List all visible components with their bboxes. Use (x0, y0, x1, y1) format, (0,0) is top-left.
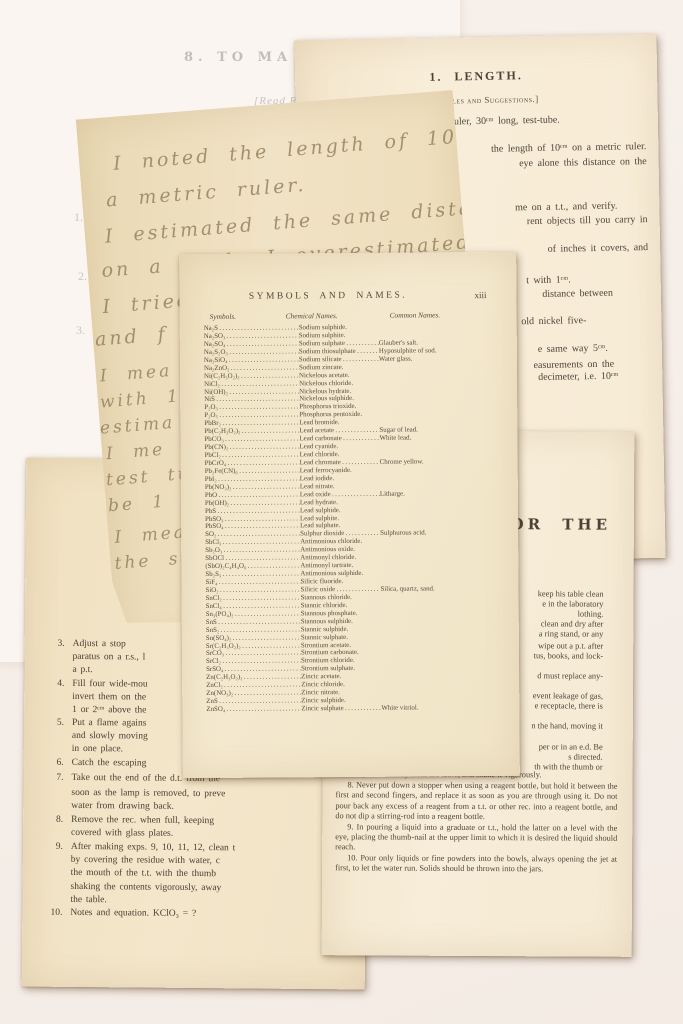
cell-common-name: White vitriol. (381, 704, 496, 713)
length-page-text-line: me on a t.t., and verify. (515, 201, 618, 214)
rules-page-text-line: wipe out a p.t. after (538, 641, 603, 650)
handwriting-line: a metric ruler. (105, 174, 307, 212)
ghost-list-number: 2. (78, 269, 87, 284)
symbols-table: Na₂SSodium sulphide.Na₂SO₃Sodium sulphit… (204, 323, 497, 714)
procedure-line: 9.After making exps. 9, 10, 11, 12, clea… (23, 841, 366, 844)
procedure-line: by covering the residue with water, c (23, 854, 366, 857)
procedure-item-number: 6. (38, 758, 64, 768)
symbols-page-title: SYMBOLS AND NAMES. (179, 290, 476, 302)
rules-page-text-line: th with the thumb or (534, 762, 602, 771)
procedure-line: the table. (23, 894, 366, 897)
handwriting-line: I noted the length of 10ᶜᵐ on (112, 120, 494, 175)
rules-page-text-line: event leakage of gas, (533, 691, 603, 700)
procedure-item-number: 10. (36, 908, 62, 918)
rules-page-text-line: n the hand, moving it (531, 721, 602, 730)
length-page-text-line: of inches it covers, and (548, 242, 649, 255)
column-header-symbols: Symbols. (210, 312, 237, 321)
procedure-item-text: invert them on the (72, 692, 146, 703)
procedure-item-text: Catch the escaping (72, 758, 147, 769)
procedure-item-text: shaking the contents vigorously, away (71, 882, 222, 893)
procedure-item-number: 8. (37, 815, 63, 825)
rules-page-text-line: e receptacle, there is (535, 701, 603, 710)
handwriting-line: test tu (105, 464, 192, 491)
procedure-item-text: paratus on a r.s., l (73, 652, 146, 663)
photo-collage: 8. TO MA [Read Ru 1.2.3. 1. LENGTH. [Rea… (0, 0, 683, 1024)
procedure-item-text: Notes and equation. KClO₃ = ? (70, 908, 196, 919)
cell-symbol: ZnSO₄ (206, 705, 301, 714)
rules-page-text-line: per or in an e.d. Be (539, 742, 603, 751)
procedure-item-text: water from drawing back. (71, 801, 174, 812)
handwriting-line: I mea (114, 522, 188, 548)
procedure-item-text: Put a flame agains (72, 718, 147, 729)
procedure-line: covered with glass plates. (23, 827, 366, 830)
symbols-page-number: xiii (474, 290, 486, 300)
rules-paragraph: 9. In pouring a liquid into a graduate o… (335, 822, 617, 855)
procedure-item-text: Remove the rec. when full, keeping (71, 815, 214, 826)
procedure-item-text: covered with glass plates. (71, 828, 173, 839)
procedure-line: the mouth of the t.t. with the thumb (23, 867, 366, 870)
rules-page-text-line: keep his table clean (538, 589, 604, 598)
procedure-item-number: 3. (39, 639, 65, 649)
ghost-page-heading: 8. TO MA (184, 50, 292, 65)
procedure-item-text: After making exps. 9, 10, 11, 12, clean … (71, 842, 235, 853)
procedure-item-number: 4. (38, 679, 64, 689)
rules-page-text-line: lothing. (578, 610, 604, 619)
procedure-item-number: 7. (37, 773, 63, 783)
rules-page-text-line: tus, books, and lock- (534, 651, 604, 660)
length-page-text-line: distance between (542, 288, 613, 300)
rules-page-text-line: d must replace any- (537, 671, 603, 680)
length-page-heading: 1. LENGTH. (295, 66, 657, 87)
rules-page-paragraphs: 8. Never put down a stopper when using a… (335, 780, 617, 875)
procedure-line: shaking the contents vigorously, away (23, 881, 366, 884)
procedure-item-text: 1 or 2ᶜᵐ above the (72, 705, 146, 716)
rules-paragraph: 10. Pour only liquids or fine powders in… (335, 853, 617, 875)
procedure-line: 10.Notes and equation. KClO₃ = ? (22, 907, 365, 910)
handwriting-line: I mea (99, 361, 173, 387)
handwriting-line: and f (94, 323, 168, 351)
procedure-item-text: the mouth of the t.t. with the thumb (71, 868, 216, 879)
ghost-list-number: 1. (74, 210, 83, 225)
column-header-common: Common Names. (390, 310, 441, 319)
length-page-text-line: easurements on the (533, 359, 614, 371)
symbols-page: SYMBOLS AND NAMES. xiii Symbols. Chemica… (179, 252, 520, 778)
cell-chemical-name: Zincic sulphate (301, 705, 381, 713)
table-row: ZnSO₄Zincic sulphateWhite vitriol. (206, 704, 496, 714)
procedure-line: 8.Remove the rec. when full, keeping (23, 814, 366, 817)
column-header-chemical: Chemical Names. (286, 311, 338, 320)
procedure-item-text: soon as the lamp is removed, to preve (71, 788, 225, 799)
length-page-text-line: decimeter, i.e. 10ᶜᵐ (538, 371, 618, 383)
procedure-item-number: 9. (37, 842, 63, 852)
length-page-text-line: the length of 10ᶜᵐ on a metric ruler. (491, 141, 646, 155)
procedure-item-number: 5. (38, 718, 64, 728)
procedure-item-text: in one place. (72, 744, 123, 754)
rules-page-text-line: e in the laboratory (542, 599, 603, 608)
rules-page-text-line: s directed. (568, 752, 602, 761)
handwriting-line: estima (99, 413, 176, 439)
length-page-text-line: t with 1ᶜᵐ. (526, 274, 571, 286)
rules-page-text-line: clean and dry after (541, 619, 604, 628)
procedure-item-text: and slowly moving (72, 731, 148, 742)
ghost-list-number: 3. (76, 323, 85, 338)
rules-page-text-line: a ring stand, or any (539, 629, 603, 638)
procedure-line: water from drawing back. (23, 801, 366, 804)
procedure-item-text: Adjust a stop (73, 639, 126, 649)
procedure-item-text: a p.t. (72, 665, 92, 675)
length-page-text-line: rent objects till you carry in (527, 214, 648, 227)
procedure-item-text: Fill four wide-mou (72, 679, 147, 690)
procedure-line: soon as the lamp is removed, to preve (23, 788, 366, 791)
procedure-item-text: the table. (70, 895, 106, 905)
procedure-item-text: by covering the residue with water, c (71, 855, 220, 866)
length-page-text-line: ne old nickel five- (507, 315, 586, 327)
length-page-text-line: eye alone this distance on the (519, 156, 647, 169)
length-page-text-line: e same way 5ᶜᵐ. (538, 343, 608, 355)
rules-paragraph: 8. Never put down a stopper when using a… (335, 780, 617, 823)
